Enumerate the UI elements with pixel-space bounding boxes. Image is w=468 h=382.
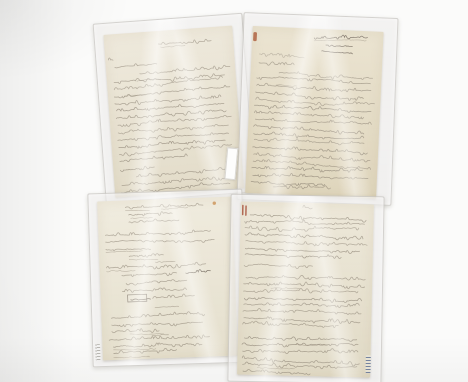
handwriting-stroke [244, 281, 365, 289]
handwriting-stroke [246, 240, 367, 247]
handwriting-stroke [245, 233, 363, 241]
handwriting-stroke [250, 214, 366, 222]
letter-bottom-right-handwriting [237, 202, 374, 378]
handwriting-stroke [243, 308, 361, 315]
handwriting-stroke [244, 263, 312, 269]
handwriting-stroke [243, 321, 339, 328]
handwriting-stroke [271, 287, 299, 288]
handwriting-stroke [243, 369, 310, 375]
letter-bottom-right-sleeve [227, 194, 384, 382]
handwriting-stroke [244, 287, 358, 295]
handwriting-stroke [245, 253, 341, 259]
handwriting-stroke [303, 205, 312, 209]
handwriting-stroke [257, 367, 294, 369]
photograph-of-letters: Photograph of four pages of handwritten … [0, 0, 468, 382]
handwriting-stroke [244, 296, 361, 303]
inventory-tag-blue [366, 355, 371, 373]
letter-bottom-right-page [237, 202, 374, 378]
handwriting-stroke [244, 336, 356, 342]
handwriting-stroke [245, 248, 359, 254]
letter-bottom-right [0, 0, 468, 382]
handwriting-stroke [245, 219, 365, 226]
handwriting-stroke [246, 274, 365, 281]
handwriting-stroke [245, 225, 359, 234]
handwriting-stroke [243, 347, 358, 356]
